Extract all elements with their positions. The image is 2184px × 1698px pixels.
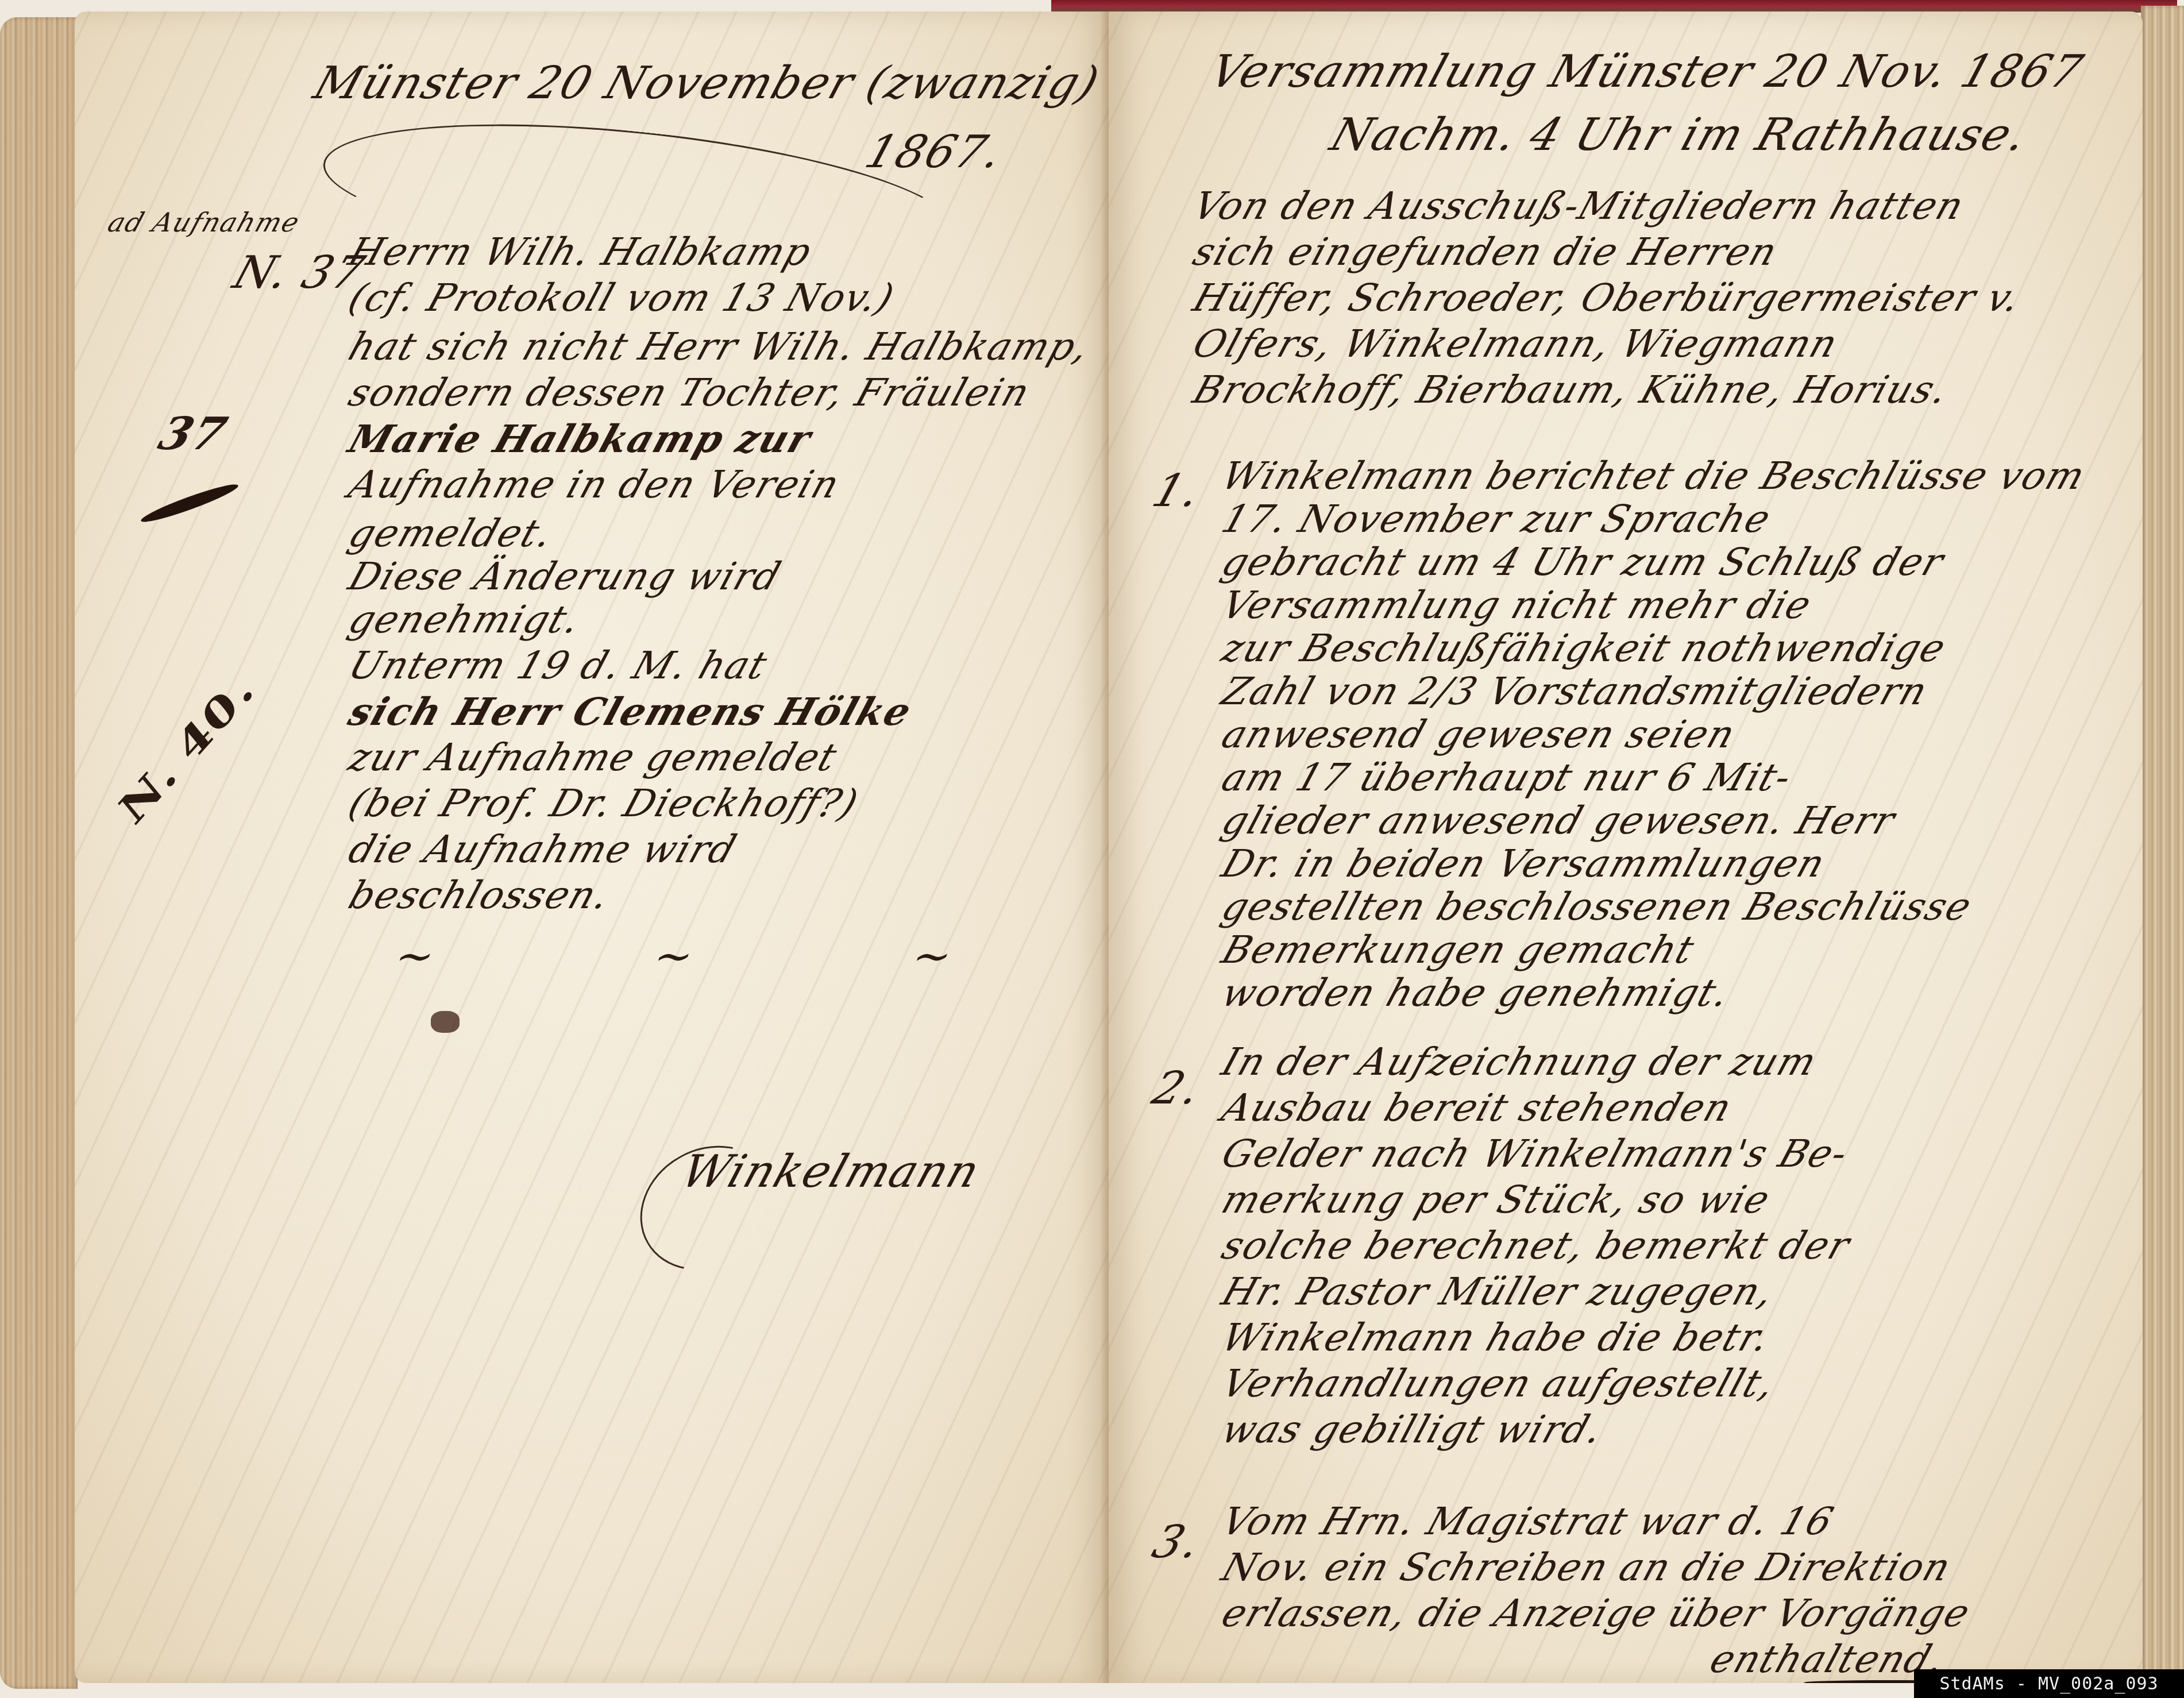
item-line: erlassen, die Anzeige über Vorgänge — [1216, 1591, 1976, 1635]
right-page: Versammlung Münster 20 Nov. 1867 Nachm. … — [1109, 11, 2143, 1683]
left-page-heading-year: 1867. — [859, 126, 1010, 178]
item-line: merkung per Stück, so wie — [1216, 1178, 1776, 1222]
item-line: Bemerkungen gemacht — [1216, 928, 1700, 972]
red-cover-edge — [1051, 0, 2177, 13]
closing-dashes: ~ ~ ~ — [388, 931, 1063, 982]
margin-count: 37 — [152, 408, 234, 460]
item-line: Zahl von 2/3 Vorstandsmitgliedern — [1216, 669, 1934, 713]
body-line: Unterm 19 d. M. hat — [343, 643, 773, 688]
body-line: die Aufnahme wird — [343, 827, 742, 871]
attendees-line: Olfers, Winkelmann, Wiegmann — [1187, 322, 1844, 366]
ink-blot — [431, 1011, 460, 1033]
item-number: 1. — [1146, 465, 1208, 517]
body-line: (bei Prof. Dr. Dieckhoff?) — [343, 781, 864, 825]
body-line: sondern dessen Tochter, Fräulein — [343, 371, 1036, 415]
item-line: was gebilligt wird. — [1216, 1407, 1609, 1452]
item-number: 2. — [1146, 1063, 1208, 1114]
margin-number-40: N. 40. — [107, 670, 265, 830]
item-line: gebracht um 4 Uhr zum Schluß der — [1216, 540, 1950, 584]
attendees-line: Brockhoff, Bierbaum, Kühne, Horius. — [1187, 368, 1954, 412]
margin-note: ad Aufnahme — [104, 207, 304, 238]
body-line: Diese Änderung wird — [343, 554, 787, 599]
right-page-heading: Versammlung Münster 20 Nov. 1867 — [1203, 46, 2090, 98]
item-line: Hr. Pastor Müller zugegen, — [1216, 1269, 1780, 1314]
item-line: Vom Hrn. Magistrat war d. 16 — [1216, 1499, 1839, 1543]
body-line: hat sich nicht Herr Wilh. Halbkamp, — [343, 325, 1095, 369]
body-line: beschlossen. — [343, 873, 616, 917]
item-line: solche berechnet, bemerkt der — [1216, 1224, 1856, 1268]
item-line: glieder anwesend gewesen. Herr — [1216, 798, 1901, 843]
left-page-heading: Münster 20 November (zwanzig) — [307, 57, 1106, 109]
margin-underline — [139, 480, 241, 527]
body-line: Marie Halbkamp zur — [343, 416, 817, 461]
archive-label: StdAMs - MV_002a_093 — [1914, 1669, 2184, 1698]
item-line: Gelder nach Winkelmann's Be- — [1216, 1132, 1854, 1176]
attendees-line: Hüffer, Schroeder, Oberbürgermeister v. — [1187, 276, 2027, 320]
item-line: In der Aufzeichnung der zum — [1216, 1040, 1823, 1084]
item-line: Verhandlungen aufgestellt, — [1216, 1361, 1781, 1406]
item-line: Versammlung nicht mehr die — [1216, 583, 1818, 627]
body-line: gemeldet. — [343, 511, 559, 555]
item-line: anwesend gewesen seien — [1216, 712, 1741, 757]
body-line: sich Herr Clemens Hölke — [343, 689, 917, 734]
item-line: gestellten beschlossenen Beschlüsse — [1216, 885, 1978, 929]
left-page-stack — [0, 17, 78, 1689]
attendance-line: sich eingefunden die Herren — [1187, 230, 1783, 274]
body-line: Aufnahme in den Verein — [343, 462, 846, 507]
item-line: Nov. ein Schreiben an die Direktion — [1216, 1545, 1957, 1589]
body-line: zur Aufnahme gemeldet — [343, 735, 843, 779]
right-page-subheading: Nachm. 4 Uhr im Rathhause. — [1324, 109, 2034, 161]
body-line: genehmigt. — [343, 597, 586, 642]
item-line: zur Beschlußfähigkeit nothwendige — [1216, 626, 1952, 670]
item-line: Dr. in beiden Versammlungen — [1216, 842, 1831, 886]
attendance-line: Von den Ausschuß-Mitgliedern hatten — [1187, 184, 1970, 228]
item-line: am 17 überhaupt nur 6 Mit- — [1216, 755, 1797, 800]
right-page-stack — [2141, 6, 2184, 1689]
item-line: 17. November zur Sprache — [1216, 497, 1777, 541]
item-line: Winkelmann berichtet die Beschlüsse vom — [1216, 454, 2091, 498]
item-line: Ausbau bereit stehenden — [1216, 1086, 1738, 1130]
body-line: Herrn Wilh. Halbkamp — [343, 230, 817, 274]
open-book-spread: Münster 20 November (zwanzig) 1867. ad A… — [0, 0, 2184, 1698]
item-number: 3. — [1146, 1516, 1208, 1568]
item-line: Winkelmann habe die betr. — [1216, 1315, 1776, 1360]
item-line: worden habe genehmigt. — [1216, 971, 1736, 1015]
left-page: Münster 20 November (zwanzig) 1867. ad A… — [75, 11, 1109, 1683]
body-line: (cf. Protokoll vom 13 Nov.) — [343, 276, 900, 320]
